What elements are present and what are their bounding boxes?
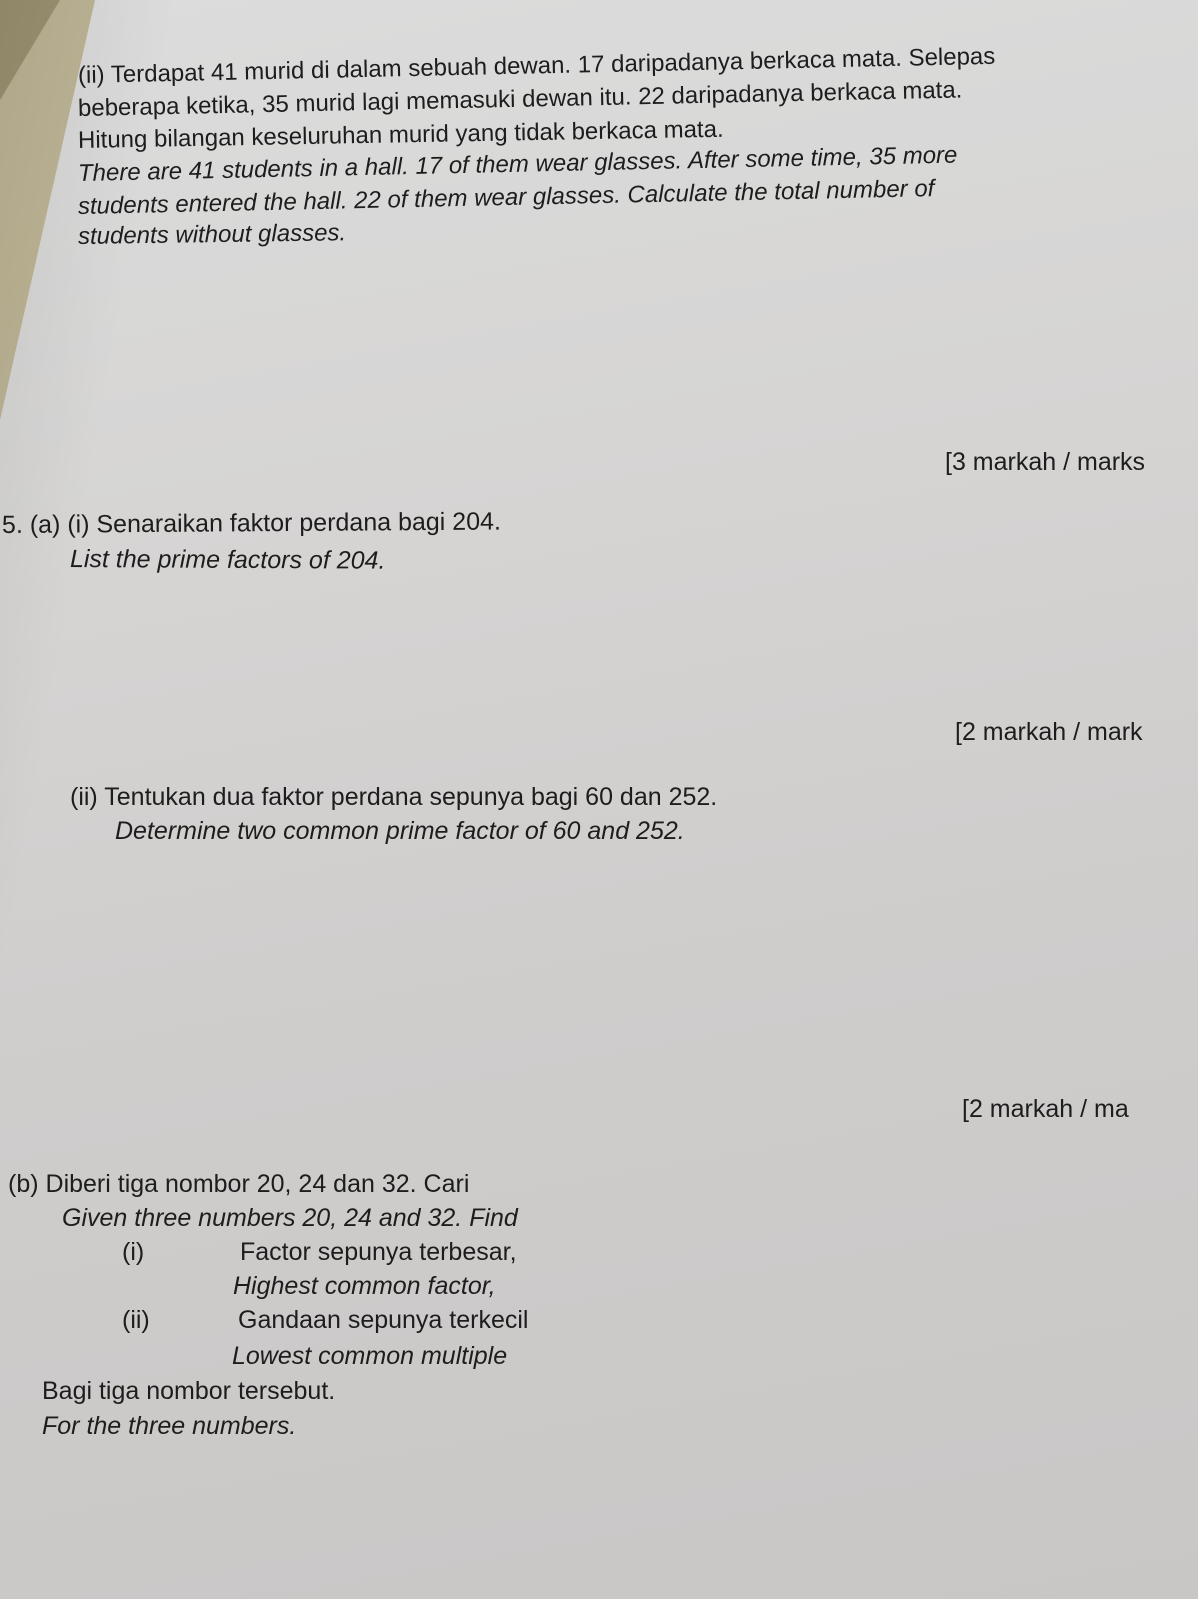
q5b-english-line: Given three numbers 20, 24 and 32. Find	[62, 1204, 518, 1232]
q4ii-label: (ii)	[78, 61, 105, 89]
q5b-malay-text: Diberi tiga nombor 20, 24 dan 32. Cari	[46, 1170, 470, 1198]
q5b-item-i-english: Highest common factor,	[233, 1272, 496, 1300]
q5aii-marks: [2 markah / ma	[962, 1095, 1129, 1123]
q5ai-malay-text: Senaraikan faktor perdana bagi 204.	[96, 508, 501, 539]
q5ai-malay-line: 5. (a) (i) Senaraikan faktor perdana bag…	[2, 508, 501, 539]
q5aii-malay-line: (ii) Tentukan dua faktor perdana sepunya…	[70, 783, 717, 811]
q5b-item-i-label: (i)	[122, 1238, 144, 1266]
q5b-item-ii-english: Lowest common multiple	[232, 1342, 507, 1370]
q5b-closing-english: For the three numbers.	[42, 1412, 296, 1440]
q4ii-english-line-3: students without glasses.	[78, 219, 347, 251]
q5b-label: (b)	[8, 1170, 39, 1198]
q5b-malay-line: (b) Diberi tiga nombor 20, 24 dan 32. Ca…	[8, 1170, 469, 1198]
q5b-item-ii-label: (ii)	[122, 1306, 150, 1334]
q5ai-english-line: List the prime factors of 204.	[70, 545, 386, 575]
q5ai-label: 5. (a) (i)	[2, 510, 90, 539]
q5ai-marks: [2 markah / mark	[955, 718, 1143, 746]
q5b-item-ii-malay: Gandaan sepunya terkecil	[238, 1306, 528, 1334]
background-corner-dark	[0, 0, 60, 100]
q5aii-english-line: Determine two common prime factor of 60 …	[115, 817, 685, 845]
q4ii-marks: [3 markah / marks	[945, 448, 1145, 476]
q5aii-malay-text: Tentukan dua faktor perdana sepunya bagi…	[104, 783, 717, 811]
q5b-closing-malay: Bagi tiga nombor tersebut.	[42, 1377, 335, 1405]
q5b-item-i-malay: Factor sepunya terbesar,	[240, 1238, 517, 1266]
q5aii-label: (ii)	[70, 783, 98, 811]
